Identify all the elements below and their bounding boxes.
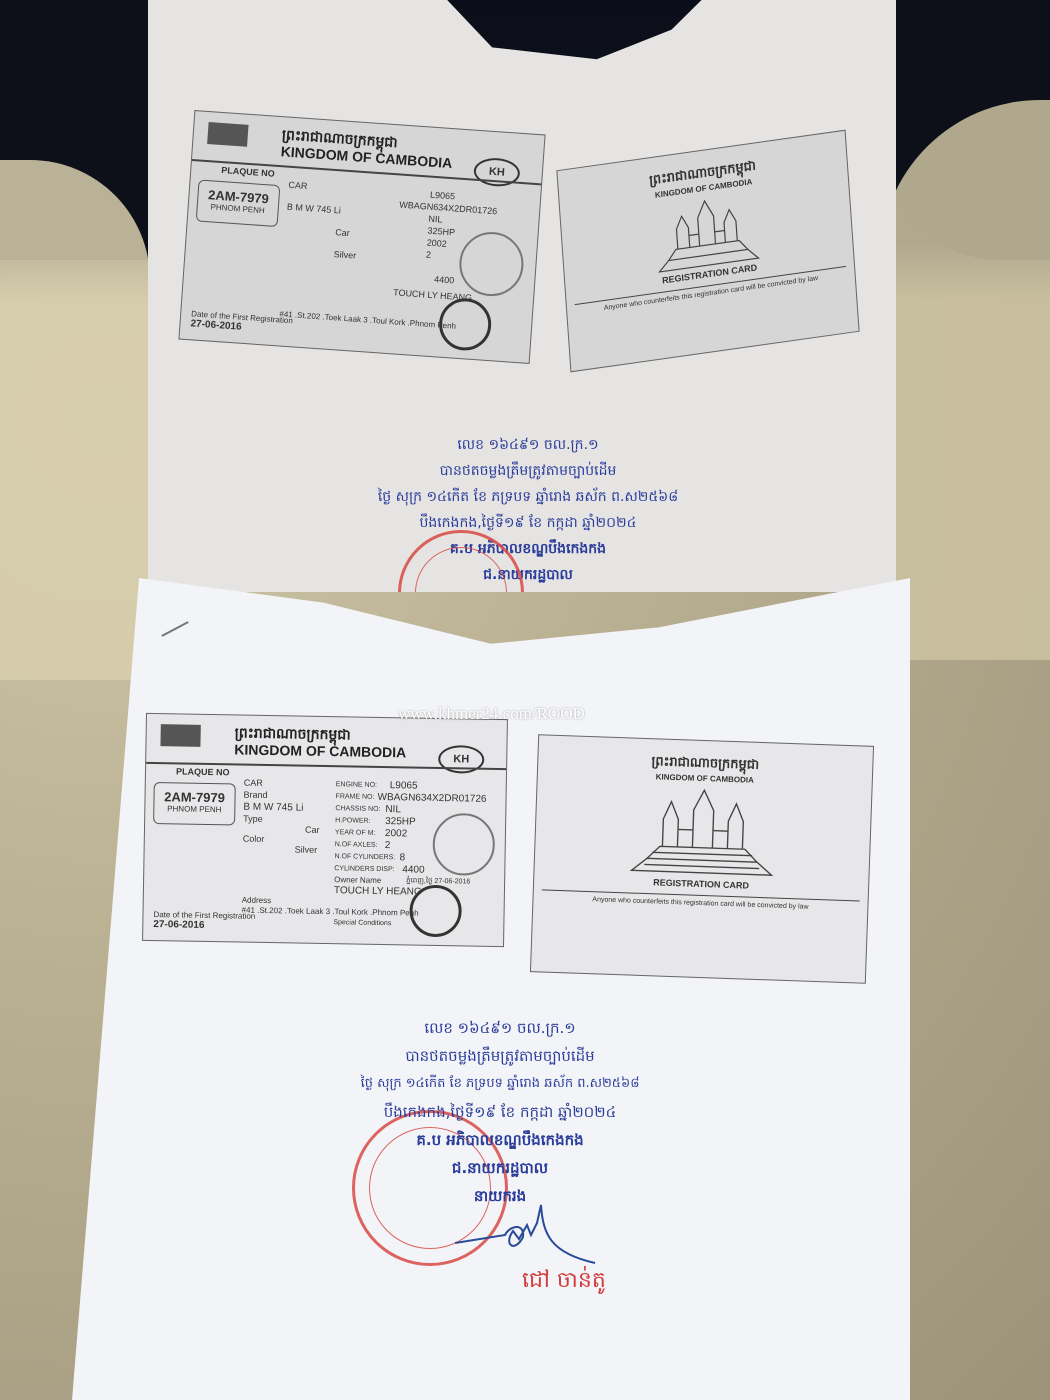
plaque-number: 2AM-7979	[154, 789, 234, 805]
axles: 2	[426, 250, 432, 260]
chassis-no: NIL	[385, 804, 401, 815]
owner-label: Owner Name	[334, 875, 381, 885]
color-label: Color	[243, 834, 265, 844]
brand-label: Brand	[244, 790, 268, 800]
address: #41 .St.202 .Toek Laak 3 .Toul Kork .Phn…	[279, 309, 456, 330]
cert-date: បឹងកេងកង,ថ្ងៃទី១៩ ខែ កក្កដា ឆ្នាំ២០២៤	[290, 1098, 710, 1126]
cambodia-flag-icon	[160, 724, 200, 747]
registration-card-back: ព្រះរាជាណាចក្រកម្ពុជា KINGDOM OF CAMBODI…	[556, 130, 859, 373]
first-registration: Date of the First Registration 27-06-201…	[153, 910, 255, 932]
registration-card-back: ព្រះរាជាណាចក្រកម្ពុជា KINGDOM OF CAMBODI…	[530, 734, 874, 984]
displacement: 4400	[434, 274, 455, 285]
cert-number: លេខ ១៦៤៩១ ចល.ក្រ.១	[290, 1014, 710, 1042]
gray-seal-icon	[457, 230, 525, 298]
seat-cushion-right	[880, 100, 1050, 660]
first-registration: Date of the First Registration 27-06-201…	[190, 309, 293, 336]
ministry-stamp-icon	[409, 884, 462, 937]
horse-power: 325HP	[385, 816, 416, 828]
first-reg-date: 27-06-2016	[153, 919, 255, 932]
axles-label: N.OF AXLES:	[335, 841, 378, 849]
displacement: 4400	[402, 864, 424, 875]
axles: 2	[385, 840, 391, 851]
cert-lunar-date: ថ្ងៃ សុក្រ ១៤កើត ខែ ភទ្របទ ឆ្នាំរោង ឆស័ក…	[338, 484, 718, 510]
counterfeit-warning: Anyone who counterfeits this registratio…	[533, 894, 867, 913]
plaque-box: 2AM-7979 PHNOM PENH	[153, 782, 236, 825]
cert-date: បឹងកេងកង,ថ្ងៃទី១៩ ខែ កក្កដា ឆ្នាំ២០២៤	[338, 510, 718, 536]
frame-no: WBAGN634X2DR01726	[377, 792, 486, 805]
plaque-label: PLAQUE NO	[176, 766, 230, 777]
plaque-label: PLAQUE NO	[221, 165, 275, 179]
vehicle-class: CAR	[244, 778, 263, 788]
cert-statement: បានថតចម្លងត្រឹមត្រូវតាមច្បាប់ដើម	[290, 1042, 710, 1070]
certification-block: លេខ ១៦៤៩១ ចល.ក្រ.១ បានថតចម្លងត្រឹមត្រូវត…	[290, 1014, 710, 1210]
cert-number: លេខ ១៦៤៩១ ចល.ក្រ.១	[338, 432, 718, 458]
certification-block: លេខ ១៦៤៩១ ចល.ក្រ.១ បានថតចម្លងត្រឹមត្រូវត…	[338, 432, 718, 588]
type-label: Type	[243, 814, 263, 824]
signature-icon	[455, 1195, 615, 1270]
color-value: Silver	[295, 844, 318, 854]
ministry-stamp-icon	[437, 297, 493, 353]
back-photocopy-paper: ព្រះរាជាណាចក្រកម្ពុជា KINGDOM OF CAMBODI…	[148, 0, 896, 592]
year-label: YEAR OF M:	[335, 829, 376, 837]
engine-no-label: ENGINE NO:	[336, 781, 377, 789]
engine-no: L9065	[390, 780, 418, 791]
cylinders: 8	[399, 852, 405, 863]
cylinders-label: N.OF CYLINDERS:	[334, 853, 395, 861]
registration-card-front: ព្រះរាជាណាចក្រកម្ពុជា KINGDOM OF CAMBODI…	[178, 110, 545, 364]
cert-title: ជ.នាយករដ្ឋបាល	[338, 562, 718, 588]
card-en-title: KINGDOM OF CAMBODIA	[234, 741, 406, 760]
power-label: H.POWER:	[335, 817, 371, 825]
year-of-manufacture: 2002	[426, 238, 447, 249]
owner-name: TOUCH LY HEANG	[334, 885, 422, 898]
front-photocopy-paper	[72, 578, 910, 1400]
plaque-box: 2AM-7979 PHNOM PENH	[196, 179, 281, 227]
registration-card-front: ព្រះរាជាណាចក្រកម្ពុជា KINGDOM OF CAMBODI…	[142, 713, 508, 947]
cert-title: ជ.នាយករដ្ឋបាល	[290, 1154, 710, 1182]
cert-office: គ.ប អភិបាលខណ្ឌបឹងកេងកង	[338, 536, 718, 562]
signer-name: ជៅ ចាន់តូ	[522, 1266, 606, 1298]
brand-value: B M W 745 Li	[243, 802, 303, 814]
chassis-no: NIL	[428, 214, 443, 225]
special-conditions-label: Special Conditions	[333, 919, 391, 927]
type-value: Car	[335, 227, 350, 238]
address: #41 .St.202 .Toek Laak 3 .Toul Kork .Phn…	[242, 906, 419, 918]
gray-seal-icon	[432, 813, 495, 876]
chassis-no-label: CHASSIS NO:	[335, 805, 380, 813]
engine-no: L9065	[430, 190, 456, 202]
address-label: Address	[242, 896, 272, 906]
cambodia-flag-icon	[207, 122, 248, 147]
angkor-temple-icon	[626, 786, 779, 881]
year-of-manufacture: 2002	[385, 828, 407, 839]
cert-statement: បានថតចម្លងត្រឹមត្រូវតាមច្បាប់ដើម	[338, 458, 718, 484]
displacement-label: CYLINDERS DISP:	[334, 865, 394, 873]
watermark-text: www.khmer24.com/ROOD	[398, 704, 585, 724]
plaque-city: PHNOM PENH	[154, 804, 234, 814]
color-value: Silver	[333, 249, 356, 261]
cert-lunar-date: ថ្ងៃ សុក្រ ១៤កើត ខែ ភទ្របទ ឆ្នាំរោង ឆស័ក…	[290, 1070, 710, 1098]
type-value: Car	[305, 825, 320, 835]
seat-cushion-left	[0, 160, 150, 680]
cert-office: គ.ប អភិបាលខណ្ឌបឹងកេងកង	[290, 1126, 710, 1154]
brand-value: B M W 745 Li	[287, 202, 342, 216]
vehicle-class: CAR	[288, 180, 308, 191]
frame-no: WBAGN634X2DR01726	[399, 200, 498, 217]
frame-no-label: FRAME NO:	[336, 793, 375, 801]
horse-power: 325HP	[427, 226, 455, 238]
